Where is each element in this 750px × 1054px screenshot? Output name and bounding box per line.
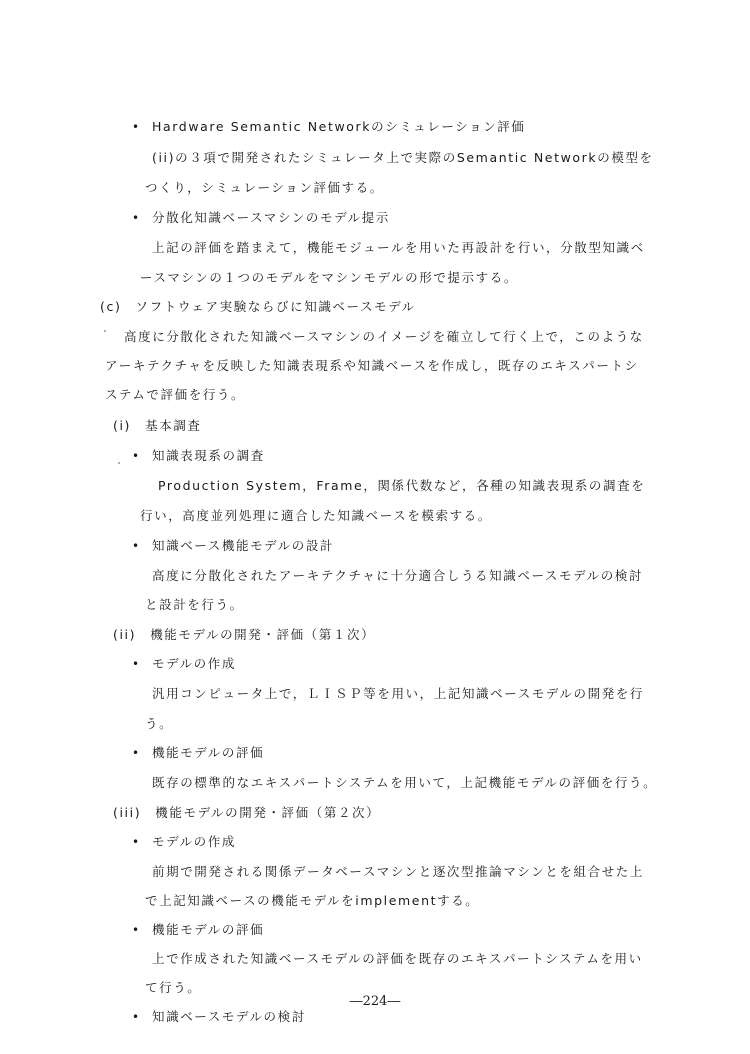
text-line: 上で作成された知識ベースモデルの評価を既存のエキスパートシステムを用い bbox=[152, 951, 643, 967]
bullet-icon: • bbox=[132, 119, 139, 135]
subsection-heading-iii: (iii) 機能モデルの開発・評価（第２次） bbox=[113, 805, 380, 821]
bullet-icon: • bbox=[132, 656, 139, 672]
bullet-icon: • bbox=[132, 210, 139, 226]
subsection-heading-ii: (ii) 機能モデルの開発・評価（第１次） bbox=[113, 627, 375, 643]
text-line: 上記の評価を踏まえて，機能モジュールを用いた再設計を行い，分散型知識ベ bbox=[152, 240, 645, 256]
text-line: 機能モデルの評価 bbox=[152, 745, 264, 761]
text-line: モデルの作成 bbox=[152, 656, 236, 672]
page-number: ―224― bbox=[0, 994, 750, 1009]
text-line: 知識ベース機能モデルの設計 bbox=[152, 538, 334, 554]
bullet-icon: • bbox=[132, 1009, 139, 1025]
text-line: 分散化知識ベースマシンのモデル提示 bbox=[152, 210, 390, 226]
text-line: Production System，Frame，関係代数など，各種の知識表現系の… bbox=[158, 478, 645, 494]
scan-speck bbox=[118, 462, 120, 464]
section-heading-c: (c) ソフトウェア実験ならびに知識ベースモデル bbox=[100, 299, 416, 315]
text-line: 既存の標準的なエキスパートシステムを用いて，上記機能モデルの評価を行う。 bbox=[152, 775, 657, 791]
bullet-icon: • bbox=[132, 538, 139, 554]
text-line: Hardware Semantic Networkのシミュレーション評価 bbox=[152, 119, 525, 135]
text-line: で上記知識ベースの機能モデルをimplementする。 bbox=[145, 893, 479, 909]
scan-speck bbox=[104, 330, 106, 332]
text-line: と設計を行う。 bbox=[145, 597, 244, 613]
text-line: アーキテクチャを反映した知識表現系や知識ベースを作成し，既存のエキスパートシ bbox=[105, 358, 639, 374]
bullet-icon: • bbox=[132, 448, 139, 464]
subsection-heading-i: (i) 基本調査 bbox=[113, 418, 202, 434]
text-line: ステムで評価を行う。 bbox=[105, 387, 245, 403]
bullet-icon: • bbox=[132, 745, 139, 761]
text-line: 知識ベースモデルの検討 bbox=[152, 1009, 306, 1025]
text-line: 汎用コンピュータ上で，ＬＩＳＰ等を用い，上記知識ベースモデルの開発を行 bbox=[152, 686, 644, 702]
text-line: 高度に分散化された知識ベースマシンのイメージを確立して行く上で，このような bbox=[124, 329, 644, 345]
text-line: う。 bbox=[145, 716, 173, 732]
text-line: 行い，高度並列処理に適合した知識ベースを模索する。 bbox=[140, 508, 492, 524]
text-line: つくり，シミュレーション評価する。 bbox=[145, 180, 384, 196]
text-line: 機能モデルの評価 bbox=[152, 922, 264, 938]
text-line: 前期で開発される関係データベースマシンと逐次型推論マシンとを組合せた上 bbox=[152, 864, 644, 880]
bullet-icon: • bbox=[132, 834, 139, 850]
text-line: (ii)の３項で開発されたシミュレータ上で実際のSemantic Network… bbox=[152, 150, 654, 166]
bullet-icon: • bbox=[132, 922, 139, 938]
text-line: 知識表現系の調査 bbox=[152, 448, 265, 464]
text-line: モデルの作成 bbox=[152, 834, 236, 850]
text-line: 高度に分散化されたアーキテクチャに十分適合しうる知識ベースモデルの検討 bbox=[152, 568, 643, 584]
text-line: ースマシンの１つのモデルをマシンモデルの形で提示する。 bbox=[140, 270, 518, 286]
